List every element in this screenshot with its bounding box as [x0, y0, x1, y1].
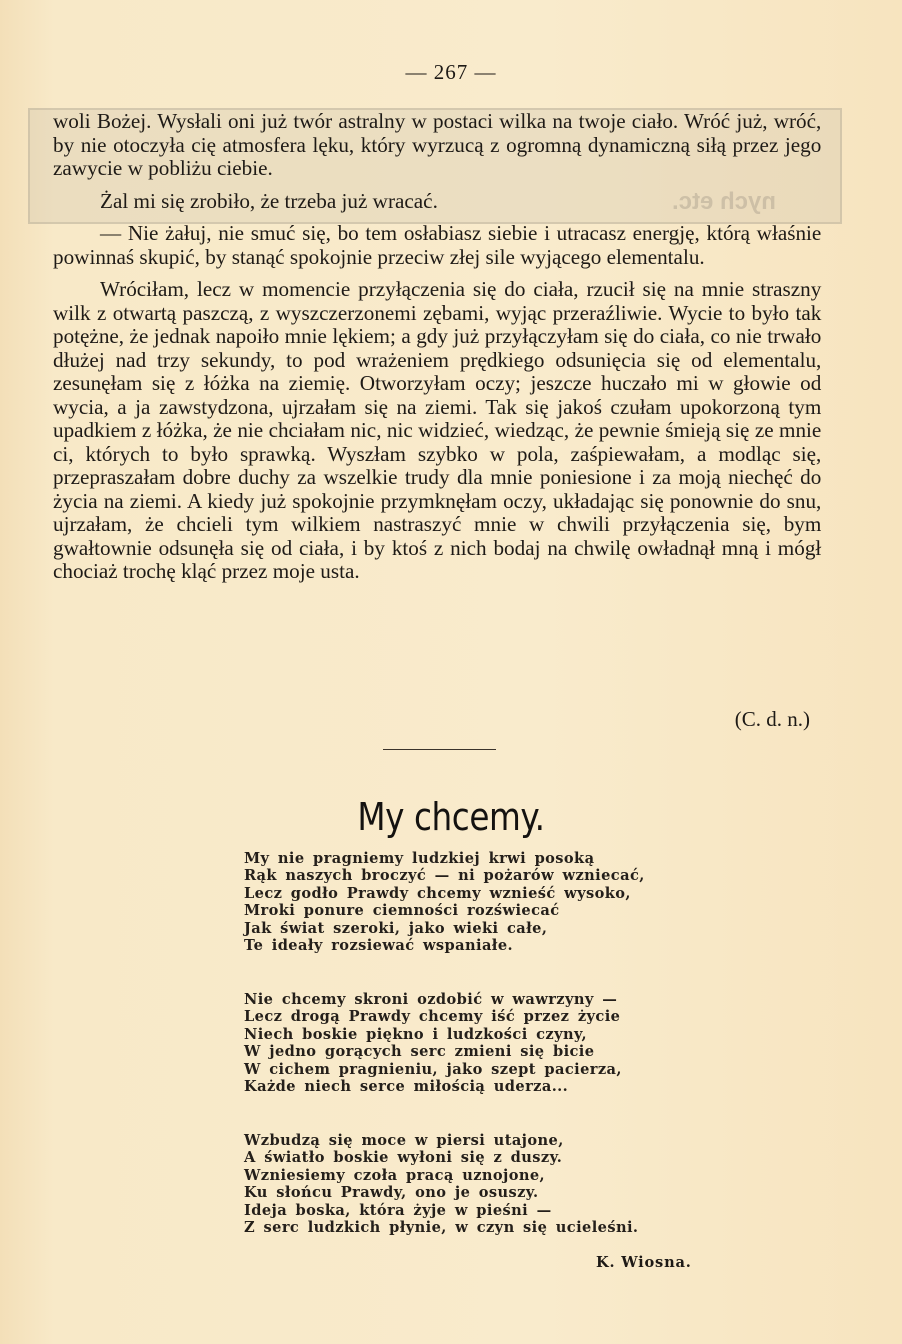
poem-line: Lecz godło Prawdy chcemy wznieść wysoko, [244, 885, 714, 902]
continuation-note: (C. d. n.) [0, 707, 810, 732]
page-number: — 267 — [0, 60, 902, 85]
poem-line: Ideja boska, która żyje w pieśni — [244, 1202, 714, 1219]
paragraph: — Nie żałuj, nie smuć się, bo tem osłabi… [53, 222, 821, 269]
article-body: woli Bożej. Wysłali oni już twór astraln… [53, 110, 821, 584]
paragraph: Wróciłam, lecz w momencie przyłączenia s… [53, 278, 821, 584]
poem-line: Każde niech serce miłością uderza... [244, 1078, 714, 1095]
poem-line: W jedno gorących serc zmieni się bicie [244, 1043, 714, 1060]
poem-line: My nie pragniemy ludzkiej krwi posoką [244, 850, 714, 867]
poem-stanza: My nie pragniemy ludzkiej krwi posoką Rą… [244, 850, 714, 954]
poem-line: Wzbudzą się moce w piersi utajone, [244, 1132, 714, 1149]
poem-line: Te ideały rozsiewać wspaniałe. [244, 937, 714, 954]
poem-line: Lecz drogą Prawdy chcemy iść przez życie [244, 1008, 714, 1025]
poem-line: Z serc ludzkich płynie, w czyn się uciel… [244, 1219, 714, 1236]
poem-author: K. Wiosna. [596, 1254, 692, 1271]
scanned-page: nych etc. — 267 — woli Bożej. Wysłali on… [0, 0, 902, 1344]
poem-stanza: Wzbudzą się moce w piersi utajone, A świ… [244, 1132, 714, 1236]
poem-stanza: Nie chcemy skroni ozdobić w wawrzyny — L… [244, 991, 714, 1095]
poem-line: Wzniesiemy czoła pracą uznojone, [244, 1167, 714, 1184]
paragraph: Żal mi się zrobiło, że trzeba już wracać… [53, 190, 821, 214]
poem-line: Jak świat szeroki, jako wieki całe, [244, 920, 714, 937]
poem-line: Rąk naszych broczyć — ni pożarów wznieca… [244, 867, 714, 884]
poem-line: W cichem pragnieniu, jako szept pacierza… [244, 1061, 714, 1078]
poem-line: Niech boskie piękno i ludzkości czyny, [244, 1026, 714, 1043]
poem-line: Mroki ponure ciemności rozświecać [244, 902, 714, 919]
paragraph: woli Bożej. Wysłali oni już twór astraln… [53, 110, 821, 181]
poem-line: Ku słońcu Prawdy, ono je osuszy. [244, 1184, 714, 1201]
poem-line: Nie chcemy skroni ozdobić w wawrzyny — [244, 991, 714, 1008]
poem-title: My chcemy. [63, 795, 839, 839]
poem-line: A światło boskie wyłoni się z duszy. [244, 1149, 714, 1166]
section-divider [383, 749, 496, 750]
